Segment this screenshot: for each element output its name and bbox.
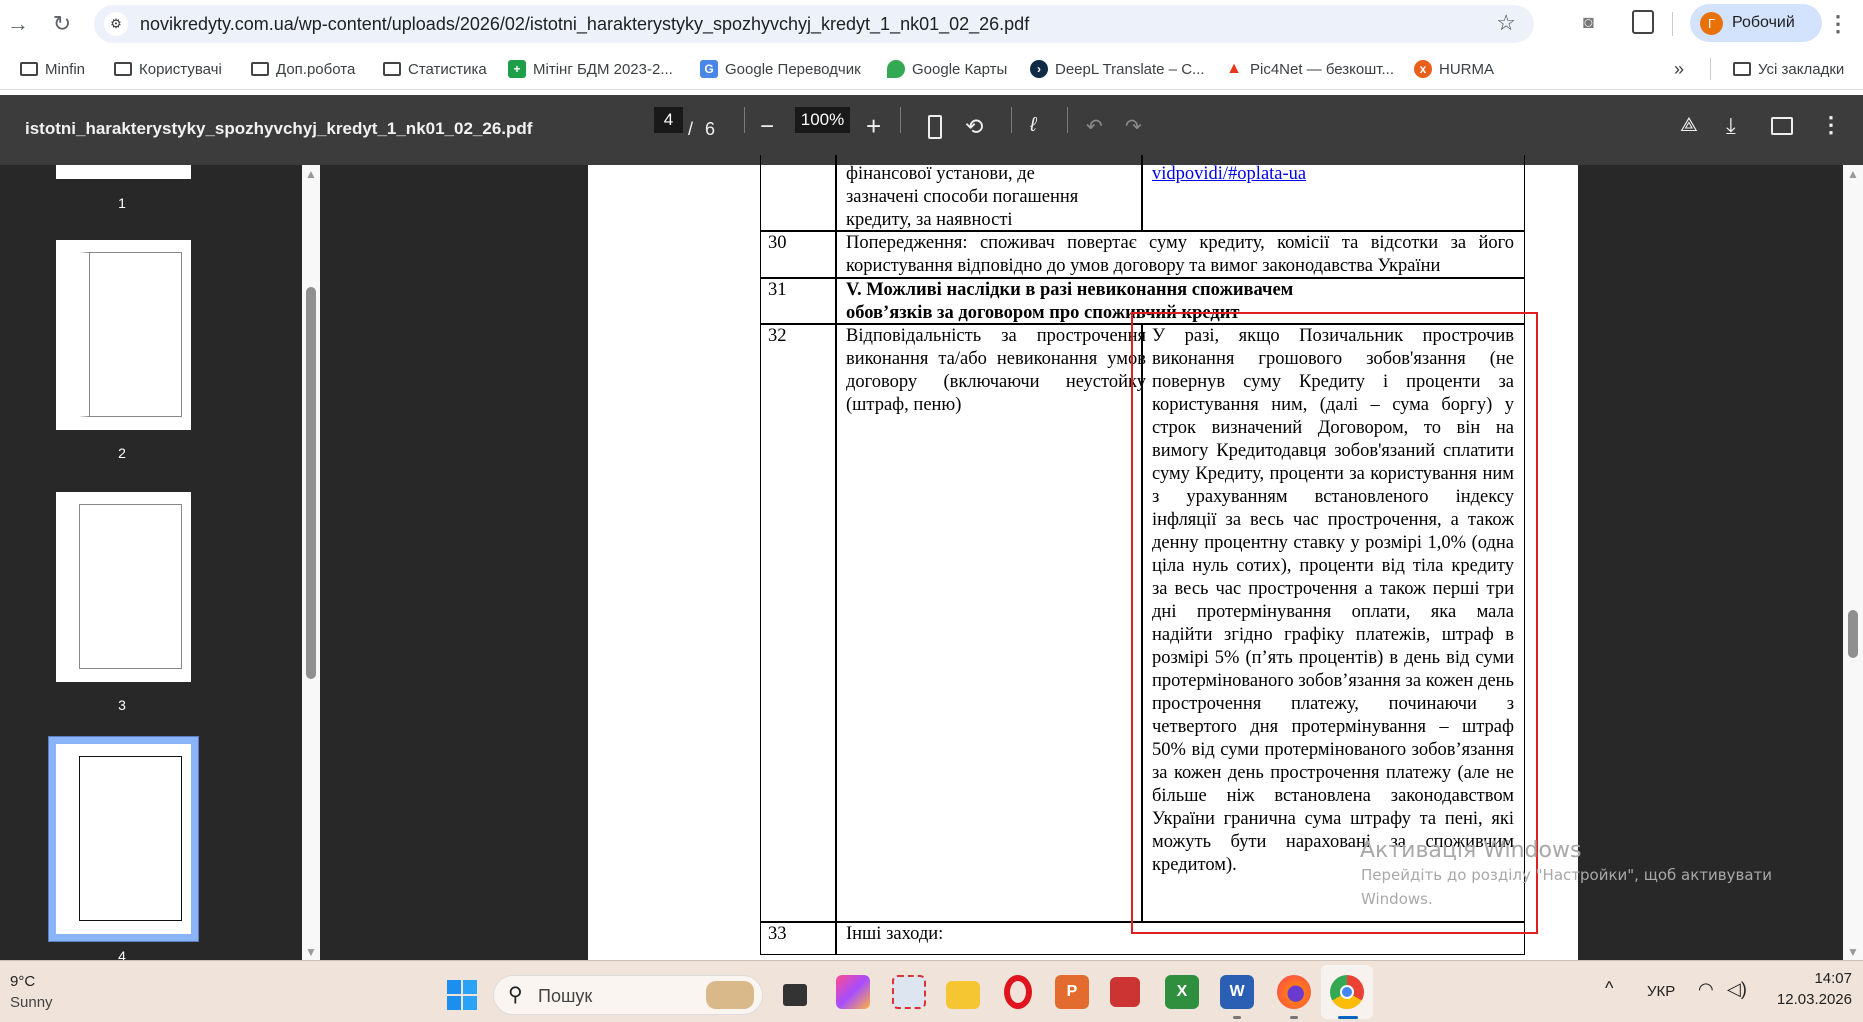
row29-value: vidpovidi/#oplata-ua xyxy=(1141,155,1525,232)
clock-date: 12.03.2026 xyxy=(1768,991,1852,1008)
divider xyxy=(1710,58,1711,80)
viewer-scroll-thumb[interactable] xyxy=(1848,610,1858,658)
bookmark-star-icon[interactable]: ☆ xyxy=(1496,10,1516,36)
zoom-out-button[interactable]: − xyxy=(760,113,774,141)
windows-taskbar: 9°C Sunny ⚲ Пошук P X W ^ УКР ◠ ◁) 14:07… xyxy=(0,960,1863,1022)
row-number: 31 xyxy=(768,280,787,301)
snipping-tool-icon[interactable] xyxy=(892,975,926,1009)
zoom-level-input[interactable]: 100% xyxy=(795,107,850,133)
address-bar[interactable]: ⚙ novikredyty.com.ua/wp-content/uploads/… xyxy=(94,5,1534,43)
folder-icon xyxy=(383,62,401,76)
thumbnail-sidebar: 1 2 3 4 xyxy=(0,165,302,960)
divider xyxy=(1672,12,1673,36)
rotate-icon[interactable]: ⟲ xyxy=(965,114,983,140)
powerpoint-icon[interactable]: P xyxy=(1055,975,1089,1009)
scroll-down-icon[interactable]: ▼ xyxy=(1847,945,1859,959)
divider xyxy=(900,107,901,133)
running-indicator xyxy=(1290,1016,1298,1019)
scroll-up-icon[interactable]: ▲ xyxy=(1847,167,1859,181)
camera-icon[interactable]: ◙ xyxy=(1583,12,1605,32)
chevron-up-icon[interactable]: ^ xyxy=(1605,978,1613,999)
bookmark-hurma[interactable]: xHURMA xyxy=(1414,57,1494,81)
row29-label: фінансової установи, де зазначені способ… xyxy=(835,155,1143,232)
payment-link[interactable]: vidpovidi/#oplata-ua xyxy=(1152,164,1306,184)
thumbnail-page-1[interactable] xyxy=(56,165,191,179)
language-indicator[interactable]: УКР xyxy=(1647,983,1675,1000)
row32-label: Відповідальність за прострочення виконан… xyxy=(835,323,1143,923)
thumbnail-label: 1 xyxy=(115,195,129,211)
windows-activation-watermark: Активація Windows Перейдіть до розділу "… xyxy=(1362,838,1772,911)
undo-icon[interactable]: ↶ xyxy=(1086,114,1103,139)
browser-toolbar: → ↻ ⚙ novikredyty.com.ua/wp-content/uplo… xyxy=(0,0,1863,47)
bookmarks-bar: Minfin Користувачі Доп.робота Статистика… xyxy=(0,47,1863,90)
viewer-scrollbar[interactable]: ▲ ▼ xyxy=(1843,165,1863,960)
url-text[interactable]: novikredyty.com.ua/wp-content/uploads/20… xyxy=(140,14,1029,35)
table-cell-num xyxy=(760,323,837,923)
row30-warning: Попередження: споживач повертає суму кре… xyxy=(835,230,1525,279)
bookmark-pic4net[interactable]: ▲Pic4Net — безкошт... xyxy=(1225,57,1394,81)
thumbnail-page-4[interactable] xyxy=(56,744,191,934)
fit-page-icon[interactable] xyxy=(928,115,942,139)
all-bookmarks-button[interactable]: Усі закладки xyxy=(1733,57,1844,81)
taskbar-search[interactable]: ⚲ Пошук xyxy=(493,975,763,1015)
bookmark-users[interactable]: Користувачі xyxy=(114,57,222,81)
thumbnail-label: 4 xyxy=(115,948,129,960)
firefox-icon[interactable] xyxy=(1277,975,1311,1009)
pdf-more-icon[interactable]: ⋮ xyxy=(1820,112,1842,138)
extensions-icon[interactable] xyxy=(1632,10,1654,34)
file-explorer-icon[interactable] xyxy=(946,981,980,1009)
hurma-icon: x xyxy=(1414,60,1432,78)
scroll-down-icon[interactable]: ▼ xyxy=(305,945,317,959)
creative-cloud-icon[interactable] xyxy=(836,975,870,1009)
redo-icon[interactable]: ↷ xyxy=(1125,114,1142,139)
folder-icon xyxy=(20,62,38,76)
forward-icon: → xyxy=(7,11,29,36)
wifi-icon[interactable]: ◠ xyxy=(1698,979,1714,1000)
start-button[interactable] xyxy=(447,980,477,1010)
thumbnail-label: 3 xyxy=(115,697,129,713)
bookmark-deepl[interactable]: ›DeepL Translate – C... xyxy=(1030,57,1205,81)
profile-name: Робочий xyxy=(1732,14,1795,32)
row-number: 32 xyxy=(768,326,787,347)
running-indicator xyxy=(1233,1016,1241,1019)
row-number: 30 xyxy=(768,233,787,254)
bookmark-statistics[interactable]: Статистика xyxy=(383,57,487,81)
annotate-pen-icon[interactable]: ℓ xyxy=(1030,114,1036,137)
table-cell-num xyxy=(760,155,837,232)
search-icon: ⚲ xyxy=(508,982,523,1007)
divider xyxy=(1011,107,1012,133)
pdf-filename: istotni_harakterystyky_spozhyvchyj_kredy… xyxy=(25,119,532,139)
opera-icon[interactable] xyxy=(1004,975,1032,1009)
bookmarks-overflow-button[interactable]: » xyxy=(1674,57,1684,81)
search-placeholder: Пошук xyxy=(538,986,592,1007)
weather-temp: 9°C xyxy=(10,973,53,990)
volume-icon[interactable]: ◁) xyxy=(1727,979,1747,1000)
clock[interactable]: 14:07 12.03.2026 xyxy=(1768,970,1852,1008)
kebab-menu-icon: ⋮ xyxy=(1827,11,1849,36)
row-number: 33 xyxy=(768,924,787,945)
scroll-up-icon[interactable]: ▲ xyxy=(305,167,317,181)
bookmark-google-maps[interactable]: Google Карты xyxy=(887,57,1007,81)
save-to-drive-icon[interactable]: ⟁ xyxy=(1680,114,1698,137)
folder-icon xyxy=(251,62,269,76)
deepl-icon: › xyxy=(1030,60,1048,78)
sidebar-scroll-thumb[interactable] xyxy=(306,287,316,679)
clock-time: 14:07 xyxy=(1768,970,1852,987)
avatar: Г xyxy=(1700,12,1723,35)
download-icon[interactable]: ⤓ xyxy=(1726,113,1736,139)
divider xyxy=(1067,107,1068,133)
plus-icon: + xyxy=(866,111,881,141)
page-number-input[interactable]: 4 xyxy=(654,107,683,133)
word-icon[interactable]: W xyxy=(1220,975,1254,1009)
sidebar-scrollbar[interactable]: ▲ ▼ xyxy=(302,165,320,960)
thumbnail-label: 2 xyxy=(115,445,129,461)
bookmark-google-translate[interactable]: GGoogle Переводчик xyxy=(700,57,861,81)
search-highlight-icon xyxy=(706,981,754,1009)
bookmark-minfin[interactable]: Minfin xyxy=(20,57,85,81)
pdf-app-icon[interactable] xyxy=(1110,977,1140,1007)
forward-button[interactable]: → xyxy=(4,10,32,38)
chrome-icon[interactable] xyxy=(1330,975,1364,1009)
bookmark-meeting[interactable]: +Мітінг БДМ 2023-2... xyxy=(508,57,673,81)
weather-desc: Sunny xyxy=(10,994,53,1011)
folder-icon xyxy=(114,62,132,76)
excel-icon[interactable]: X xyxy=(1165,975,1199,1009)
translate-icon: G xyxy=(700,60,718,78)
print-icon[interactable] xyxy=(1771,117,1793,135)
zoom-in-button[interactable]: + xyxy=(866,111,881,142)
browser-menu-button[interactable]: ⋮ xyxy=(1824,10,1852,38)
bookmark-extra-work[interactable]: Доп.робота xyxy=(251,57,355,81)
active-indicator xyxy=(1338,1016,1358,1019)
pic4net-icon: ▲ xyxy=(1225,60,1243,78)
sheets-icon: + xyxy=(508,60,526,78)
minus-icon: − xyxy=(760,113,774,140)
maps-icon xyxy=(887,60,905,78)
task-view-icon[interactable] xyxy=(783,984,807,1006)
total-pages: 6 xyxy=(705,119,715,140)
page-separator: / xyxy=(688,119,693,140)
site-settings-icon[interactable]: ⚙ xyxy=(104,12,128,36)
weather-widget[interactable]: 9°C Sunny xyxy=(10,973,53,1011)
reload-icon: ↻ xyxy=(53,11,71,36)
chevron-double-right-icon: » xyxy=(1674,59,1684,80)
reload-button[interactable]: ↻ xyxy=(48,10,76,38)
profile-button[interactable]: Г Робочий xyxy=(1690,4,1822,42)
divider xyxy=(744,107,745,133)
folder-icon xyxy=(1733,62,1751,76)
thumbnail-page-3[interactable] xyxy=(56,492,191,682)
thumbnail-page-2[interactable] xyxy=(56,240,191,430)
